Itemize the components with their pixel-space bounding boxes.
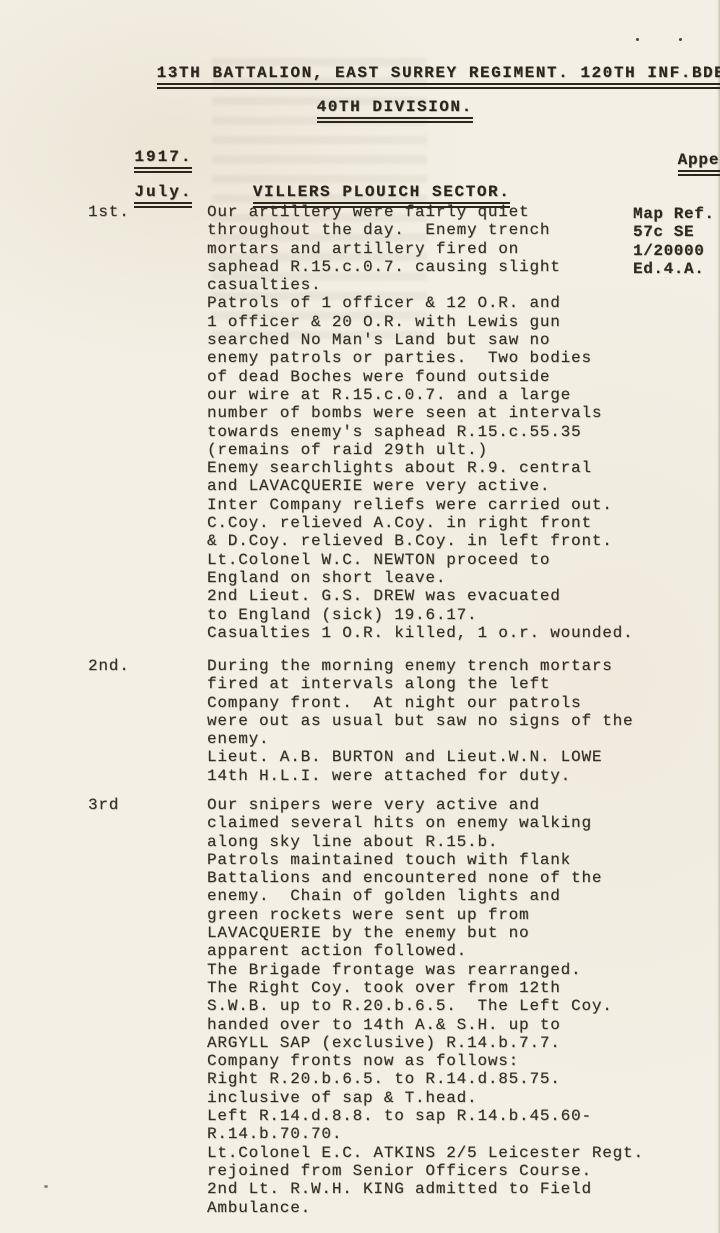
diary-line: mortars and artillery fired on	[207, 240, 633, 258]
entry-body: During the morning enemy trench mortars …	[207, 657, 633, 785]
diary-line: During the morning enemy trench mortars	[207, 657, 633, 675]
diary-line: ARGYLL SAP (exclusive) R.14.b.7.7.	[207, 1034, 644, 1052]
ink-speck	[636, 38, 639, 41]
diary-line: throughout the day. Enemy trench	[207, 221, 633, 239]
diary-line: of dead Boches were found outside	[207, 368, 633, 386]
map-reference-note: Map Ref. 57c SE 1/20000 Ed.4.A.	[633, 205, 715, 278]
diary-line: (remains of raid 29th ult.)	[207, 441, 633, 459]
appendix-text: Appendix	[678, 151, 720, 175]
diary-line: & D.Coy. relieved B.Coy. in left front.	[207, 532, 633, 550]
diary-line: Battalions and encountered none of the	[207, 869, 644, 887]
diary-line: Our artillery were fairly quiet	[207, 203, 633, 221]
diary-line: 1 officer & 20 O.R. with Lewis gun	[207, 313, 633, 331]
diary-line: Company front. At night our patrols	[207, 694, 633, 712]
diary-line: Ambulance.	[207, 1199, 644, 1217]
entry-body: Our snipers were very active and claimed…	[207, 796, 644, 1217]
entry-date: 1st.	[88, 203, 130, 221]
diary-line: Lieut. A.B. BURTON and Lieut.W.N. LOWE	[207, 748, 633, 766]
map-ref-line: Ed.4.A.	[633, 260, 715, 278]
diary-line: enemy patrols or parties. Two bodies	[207, 349, 633, 367]
map-ref-line: 1/20000	[633, 242, 715, 260]
diary-line: apparent action followed.	[207, 942, 644, 960]
diary-line: our wire at R.15.c.0.7. and a large	[207, 386, 633, 404]
ink-speck	[44, 1185, 48, 1188]
diary-line: were out as usual but saw no signs of th…	[207, 712, 633, 730]
diary-line: Patrols of 1 officer & 12 O.R. and	[207, 294, 633, 312]
diary-line: Our snipers were very active and	[207, 796, 644, 814]
war-diary-page: 13TH BATTALION, EAST SURREY REGIMENT. 12…	[0, 0, 720, 1233]
diary-line: LAVACQUERIE by the enemy but no	[207, 924, 644, 942]
diary-line: green rockets were sent up from	[207, 906, 644, 924]
diary-line: 14th H.L.I. were attached for duty.	[207, 767, 633, 785]
document-subtitle: 40TH DIVISION.	[272, 80, 473, 141]
diary-line: towards enemy's saphead R.15.c.55.35	[207, 423, 633, 441]
diary-line: saphead R.15.c.0.7. causing slight	[207, 258, 633, 276]
diary-line: Casualties 1 O.R. killed, 1 o.r. wounded…	[207, 624, 633, 642]
diary-line: number of bombs were seen at intervals	[207, 404, 633, 422]
diary-line: rejoined from Senior Officers Course.	[207, 1162, 644, 1180]
diary-line: Enemy searchlights about R.9. central	[207, 459, 633, 477]
diary-line: to England (sick) 19.6.17.	[207, 606, 633, 624]
map-ref-line: 57c SE	[633, 223, 715, 241]
diary-line: R.14.b.70.70.	[207, 1125, 644, 1143]
map-ref-line: Map Ref.	[633, 205, 715, 223]
document-subtitle-text: 40TH DIVISION.	[317, 98, 473, 122]
diary-line: Inter Company reliefs were carried out.	[207, 496, 633, 514]
diary-line: Lt.Colonel W.C. NEWTON proceed to	[207, 551, 633, 569]
month-text: July.	[134, 183, 192, 207]
diary-line: handed over to 14th A.& S.H. up to	[207, 1016, 644, 1034]
diary-line: England on short leave.	[207, 569, 633, 587]
diary-line: fired at intervals along the left	[207, 675, 633, 693]
diary-line: along sky line about R.15.b.	[207, 833, 644, 851]
diary-line: Lt.Colonel E.C. ATKINS 2/5 Leicester Reg…	[207, 1144, 644, 1162]
diary-line: searched No Man's Land but saw no	[207, 331, 633, 349]
appendix-label: Appendix	[636, 133, 720, 194]
diary-line: and LAVACQUERIE were very active.	[207, 477, 633, 495]
diary-line: C.Coy. relieved A.Coy. in right front	[207, 514, 633, 532]
diary-line: Patrols maintained touch with flank	[207, 851, 644, 869]
diary-line: 2nd Lt. R.W.H. KING admitted to Field	[207, 1180, 644, 1198]
diary-line: enemy.	[207, 730, 633, 748]
diary-line: Left R.14.d.8.8. to sap R.14.b.45.60-	[207, 1107, 644, 1125]
diary-line: S.W.B. up to R.20.b.6.5. The Left Coy.	[207, 997, 644, 1015]
diary-line: Right R.20.b.6.5. to R.14.d.85.75.	[207, 1070, 644, 1088]
diary-line: The Right Coy. took over from 12th	[207, 979, 644, 997]
diary-line: Company fronts now as follows:	[207, 1052, 644, 1070]
diary-line: 2nd Lieut. G.S. DREW was evacuated	[207, 587, 633, 605]
entry-date: 3rd	[88, 796, 119, 814]
entry-date: 2nd.	[88, 657, 130, 675]
entry-body: Our artillery were fairly quiet througho…	[207, 203, 633, 642]
ink-speck	[679, 38, 682, 41]
diary-line: enemy. Chain of golden lights and	[207, 887, 644, 905]
diary-line: casualties.	[207, 276, 633, 294]
diary-line: inclusive of sap & T.head.	[207, 1089, 644, 1107]
diary-line: claimed several hits on enemy walking	[207, 814, 644, 832]
diary-line: The Brigade frontage was rearranged.	[207, 961, 644, 979]
